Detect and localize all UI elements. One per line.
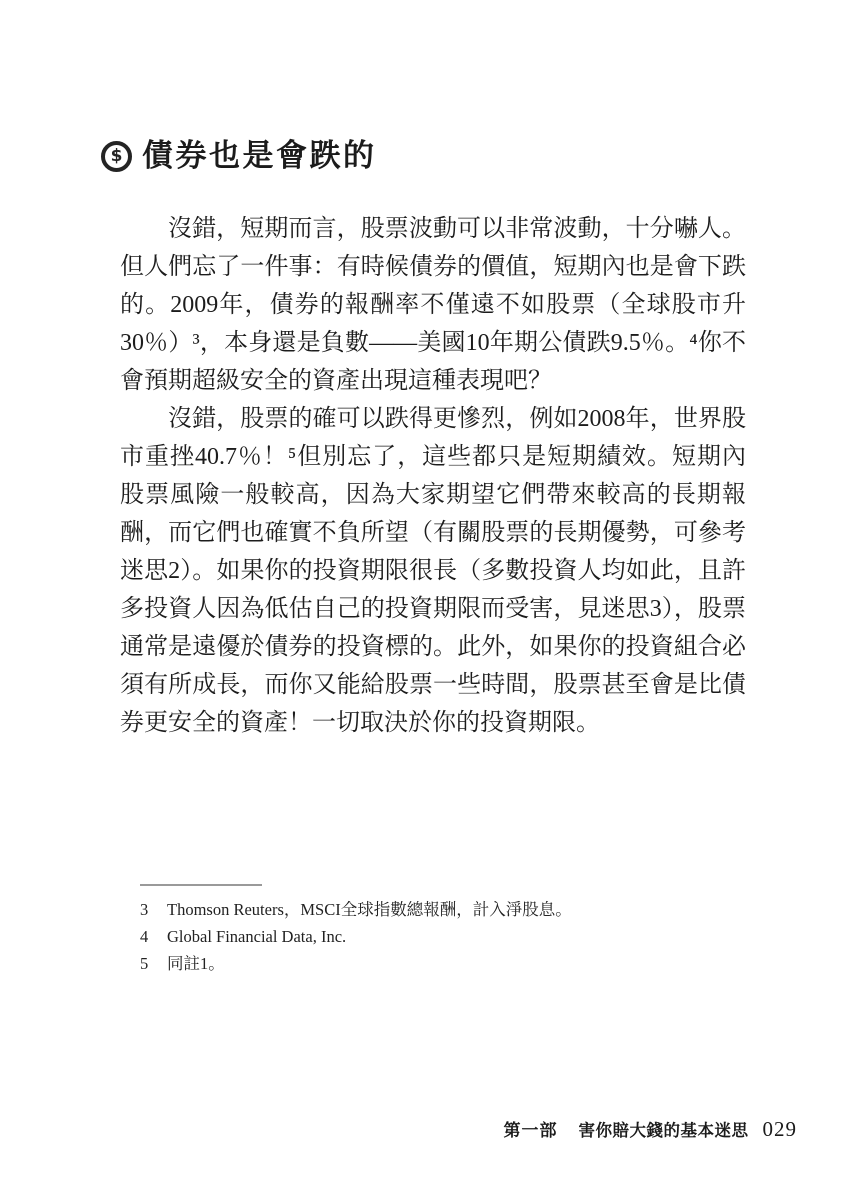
footnote-divider	[140, 884, 262, 886]
footnote-row: 5 同註1。	[140, 950, 730, 977]
dollar-circle-icon: $	[101, 141, 132, 172]
page-number: 029	[763, 1117, 798, 1142]
footnote-number: 5	[140, 950, 167, 977]
footer-chapter-title: 害你賠大錢的基本迷思	[579, 1117, 749, 1141]
footnote-text: Global Financial Data, Inc.	[167, 923, 730, 950]
footnotes: 3 Thomson Reuters，MSCI全球指數總報酬，計入淨股息。 4 G…	[140, 884, 730, 977]
footnote-text: 同註1。	[167, 950, 730, 977]
footnote-number: 4	[140, 923, 167, 950]
footnote-row: 4 Global Financial Data, Inc.	[140, 923, 730, 950]
section-title: 債券也是會跌的	[142, 139, 377, 173]
footnote-row: 3 Thomson Reuters，MSCI全球指數總報酬，計入淨股息。	[140, 896, 730, 923]
section-heading: $ 債券也是會跌的	[101, 139, 377, 173]
footnote-text: Thomson Reuters，MSCI全球指數總報酬，計入淨股息。	[167, 896, 730, 923]
paragraph-2: 沒錯，股票的確可以跌得更慘烈，例如2008年，世界股市重挫40.7％！⁵但別忘了…	[120, 400, 746, 742]
book-page: $ 債券也是會跌的 沒錯，短期而言，股票波動可以非常波動，十分嚇人。但人們忘了一…	[0, 0, 845, 1200]
footer-part-label: 第一部	[504, 1116, 558, 1141]
body-text: 沒錯，短期而言，股票波動可以非常波動，十分嚇人。但人們忘了一件事：有時候債券的價…	[120, 210, 746, 742]
page-footer: 第一部 害你賠大錢的基本迷思 029	[100, 1116, 797, 1142]
paragraph-1: 沒錯，短期而言，股票波動可以非常波動，十分嚇人。但人們忘了一件事：有時候債券的價…	[120, 210, 746, 400]
footnote-number: 3	[140, 896, 167, 923]
